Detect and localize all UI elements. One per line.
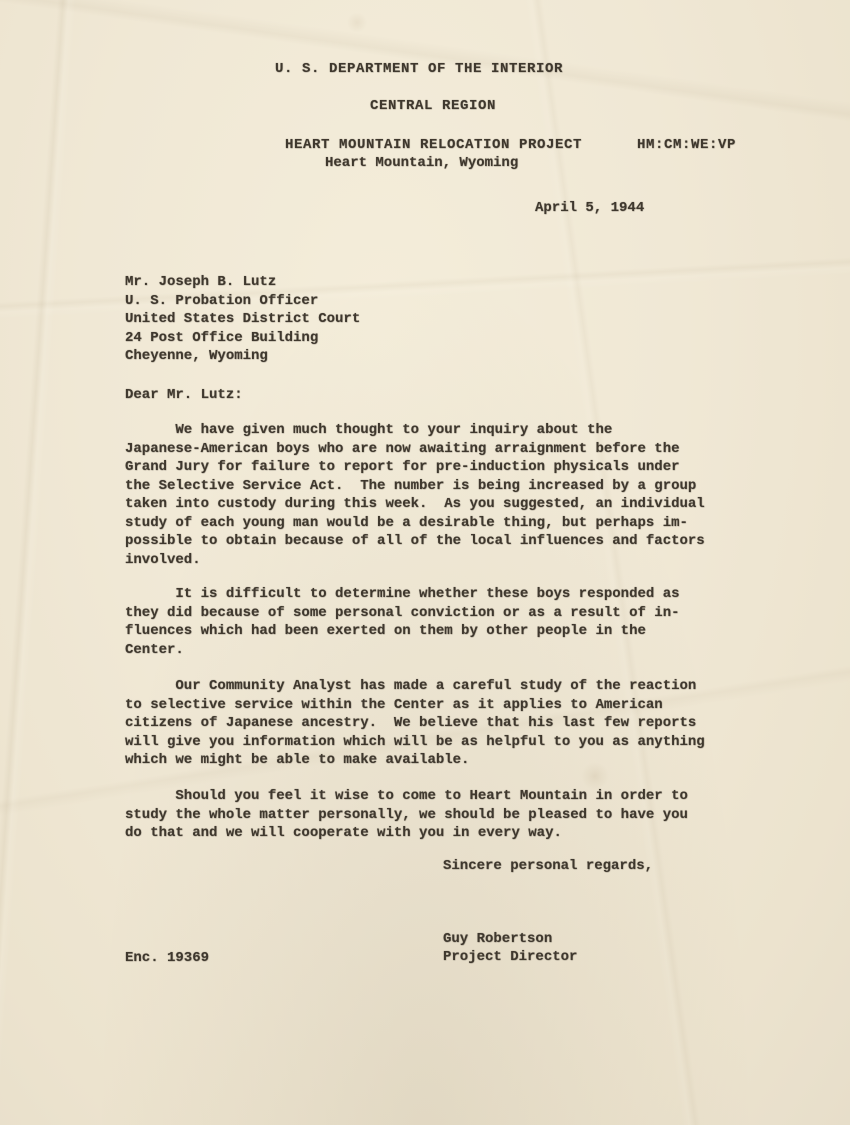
signature-title: Project Director: [443, 948, 577, 967]
body-paragraph-1: We have given much thought to your inqui…: [125, 421, 705, 569]
letterhead-department: U. S. DEPARTMENT OF THE INTERIOR: [275, 60, 563, 79]
letterhead-location: Heart Mountain, Wyoming: [325, 154, 518, 173]
body-paragraph-3: Our Community Analyst has made a careful…: [125, 677, 705, 770]
body-paragraph-2: It is difficult to determine whether the…: [125, 585, 680, 659]
scanned-letter-page: U. S. DEPARTMENT OF THE INTERIOR CENTRAL…: [0, 0, 850, 1125]
recipient-address: Mr. Joseph B. Lutz U. S. Probation Offic…: [125, 273, 360, 366]
letterhead-reference-code: HM:CM:WE:VP: [637, 136, 736, 155]
body-paragraph-4: Should you feel it wise to come to Heart…: [125, 787, 688, 843]
letterhead-region: CENTRAL REGION: [370, 97, 496, 116]
salutation: Dear Mr. Lutz:: [125, 386, 243, 405]
enclosure-note: Enc. 19369: [125, 949, 209, 968]
closing: Sincere personal regards,: [443, 857, 653, 876]
letterhead-project: HEART MOUNTAIN RELOCATION PROJECT: [285, 136, 582, 155]
signature-name: Guy Robertson: [443, 930, 552, 949]
letter-date: April 5, 1944: [535, 199, 644, 218]
